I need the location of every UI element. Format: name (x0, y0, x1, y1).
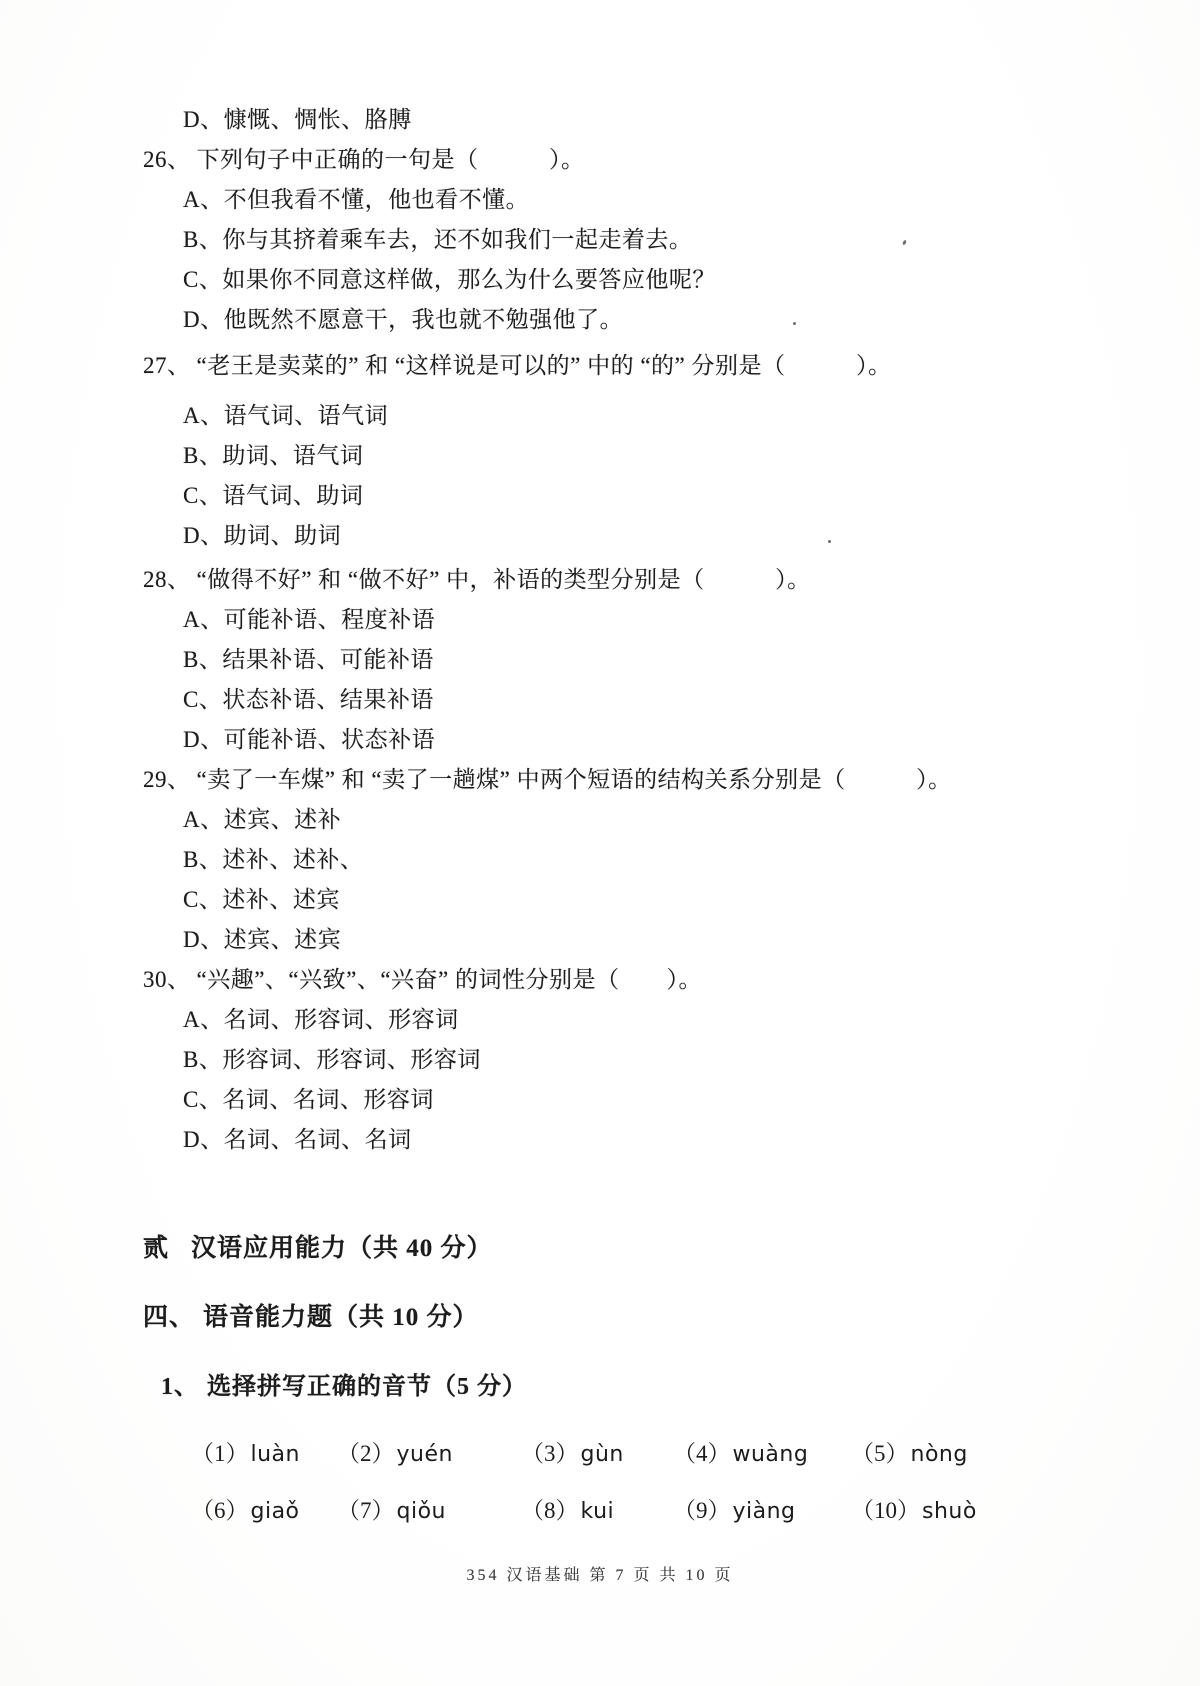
page-footer: 354 汉语基础 第 7 页 共 10 页 (0, 1562, 1200, 1585)
pinyin-item-1-number: （1） (191, 1441, 249, 1466)
question-26-stem: 26、下列句子中正确的一句是（ ）。 (143, 140, 1140, 180)
pinyin-item-6: （6）giaǒ (191, 1492, 337, 1525)
question-30-text: “兴趣”、“兴致”、“兴奋” 的词性分别是（ ）。 (197, 967, 703, 992)
pinyin-item-4: （4）wuàng (673, 1435, 851, 1468)
question-30-option-a: A、名词、形容词、形容词 (143, 1000, 1140, 1040)
question-26-number: 26、 (143, 147, 191, 172)
pinyin-item-3-number: （3） (521, 1441, 579, 1466)
part-4-title: 语音能力题（共 10 分） (203, 1304, 479, 1331)
question-28-option-d: D、可能补语、状态补语 (143, 720, 1140, 760)
pinyin-row-1: （1）luàn （2）yuén （3）gùn （4）wuàng （5）nòng (143, 1435, 1140, 1468)
part-4-heading: 四、语音能力题（共 10 分） (143, 1297, 1140, 1333)
question-29-number: 29、 (143, 767, 191, 792)
pinyin-item-3: （3）gùn (521, 1435, 673, 1468)
pinyin-item-4-number: （4） (673, 1441, 731, 1466)
question-29-stem: 29、“卖了一车煤” 和 “卖了一趟煤” 中两个短语的结构关系分别是（ ）。 (143, 760, 1140, 800)
question-29-option-a: A、述宾、述补 (143, 800, 1140, 840)
pinyin-item-10: （10）shuò (851, 1492, 977, 1525)
question-29-option-d: D、述宾、述宾 (143, 920, 1140, 960)
pinyin-item-2-number: （2） (337, 1441, 395, 1466)
question-27-option-b: B、助词、语气词 (143, 436, 1140, 476)
question-28-option-c: C、状态补语、结果补语 (143, 680, 1140, 720)
pinyin-item-7-number: （7） (337, 1498, 395, 1523)
question-28-number: 28、 (143, 567, 191, 592)
question-27-number: 27、 (143, 353, 191, 378)
pinyin-item-5: （5）nòng (851, 1435, 968, 1468)
pinyin-item-9: （9）yiàng (673, 1492, 851, 1525)
pinyin-item-1: （1）luàn (191, 1435, 337, 1468)
question-27-option-d: D、助词、助词 (143, 516, 1140, 556)
section-2-marker: 贰 (143, 1235, 169, 1262)
question-28-option-a: A、可能补语、程度补语 (143, 600, 1140, 640)
question-27-option-a: A、语气词、语气词 (143, 392, 1140, 436)
pinyin-item-9-syllable: yiàng (733, 1499, 796, 1524)
pinyin-item-3-syllable: gùn (581, 1442, 624, 1467)
exam-scan-page: D、慷慨、惆怅、胳膊 26、下列句子中正确的一句是（ ）。 A、不但我看不懂，他… (0, 0, 1200, 1686)
question-27-text: “老王是卖菜的” 和 “这样说是可以的” 中的 “的” 分别是（ ）。 (197, 353, 892, 378)
question-28-text: “做得不好” 和 “做不好” 中，补语的类型分别是（ ）。 (197, 567, 811, 592)
pinyin-item-8-syllable: kui (581, 1499, 615, 1524)
question-26-option-c: C、如果你不同意这样做，那么为什么要答应他呢？ (143, 260, 1140, 300)
task-1-title: 选择拼写正确的音节（5 分） (207, 1374, 527, 1400)
section-2-title: 汉语应用能力（共 40 分） (191, 1235, 493, 1262)
question-26-option-a: A、不但我看不懂，他也看不懂。 (143, 180, 1140, 220)
pinyin-item-8-number: （8） (521, 1498, 579, 1523)
question-30-option-b: B、形容词、形容词、形容词 (143, 1040, 1140, 1080)
question-30-option-d: D、名词、名词、名词 (143, 1120, 1140, 1160)
task-1-marker: 1、 (161, 1374, 199, 1400)
scan-noise-speck (828, 540, 831, 543)
question-30-stem: 30、“兴趣”、“兴致”、“兴奋” 的词性分别是（ ）。 (143, 960, 1140, 1000)
pinyin-item-6-number: （6） (191, 1498, 249, 1523)
question-29-text: “卖了一车煤” 和 “卖了一趟煤” 中两个短语的结构关系分别是（ ）。 (197, 767, 952, 792)
question-30-option-c: C、名词、名词、形容词 (143, 1080, 1140, 1120)
question-26-text: 下列句子中正确的一句是（ ）。 (197, 147, 585, 172)
pinyin-item-7-syllable: qiǒu (397, 1499, 446, 1524)
pinyin-item-7: （7）qiǒu (337, 1492, 521, 1525)
question-30-number: 30、 (143, 967, 191, 992)
exam-body: D、慷慨、惆怅、胳膊 26、下列句子中正确的一句是（ ）。 A、不但我看不懂，他… (143, 100, 1140, 1525)
task-1-heading: 1、选择拼写正确的音节（5 分） (143, 1366, 1140, 1401)
pinyin-item-5-number: （5） (851, 1441, 909, 1466)
pinyin-item-8: （8）kui (521, 1492, 673, 1525)
pinyin-item-4-syllable: wuàng (733, 1442, 809, 1467)
part-4-marker: 四、 (143, 1304, 195, 1331)
question-28-stem: 28、“做得不好” 和 “做不好” 中，补语的类型分别是（ ）。 (143, 556, 1140, 600)
question-27-option-c: C、语气词、助词 (143, 476, 1140, 516)
question-27-stem: 27、“老王是卖菜的” 和 “这样说是可以的” 中的 “的” 分别是（ ）。 (143, 340, 1140, 392)
pinyin-row-2: （6）giaǒ （7）qiǒu （8）kui （9）yiàng （10）shuò (143, 1492, 1140, 1525)
pinyin-item-10-number: （10） (851, 1498, 920, 1523)
pinyin-item-9-number: （9） (673, 1498, 731, 1523)
section-2-heading: 贰汉语应用能力（共 40 分） (143, 1228, 1140, 1264)
pinyin-item-1-syllable: luàn (251, 1442, 300, 1467)
question-28-option-b: B、结果补语、可能补语 (143, 640, 1140, 680)
pinyin-item-6-syllable: giaǒ (251, 1499, 300, 1524)
question-26-option-b: B、你与其挤着乘车去，还不如我们一起走着去。 (143, 220, 1140, 260)
question-29-option-c: C、述补、述宾 (143, 880, 1140, 920)
option-line-25d: D、慷慨、惆怅、胳膊 (143, 100, 1140, 140)
scan-noise-speck (793, 322, 796, 325)
pinyin-item-2: （2）yuén (337, 1435, 521, 1468)
pinyin-item-2-syllable: yuén (397, 1442, 453, 1467)
pinyin-item-10-syllable: shuò (922, 1499, 977, 1524)
question-29-option-b: B、述补、述补、 (143, 840, 1140, 880)
pinyin-item-5-syllable: nòng (911, 1442, 968, 1467)
question-26-option-d: D、他既然不愿意干，我也就不勉强他了。 (143, 300, 1140, 340)
